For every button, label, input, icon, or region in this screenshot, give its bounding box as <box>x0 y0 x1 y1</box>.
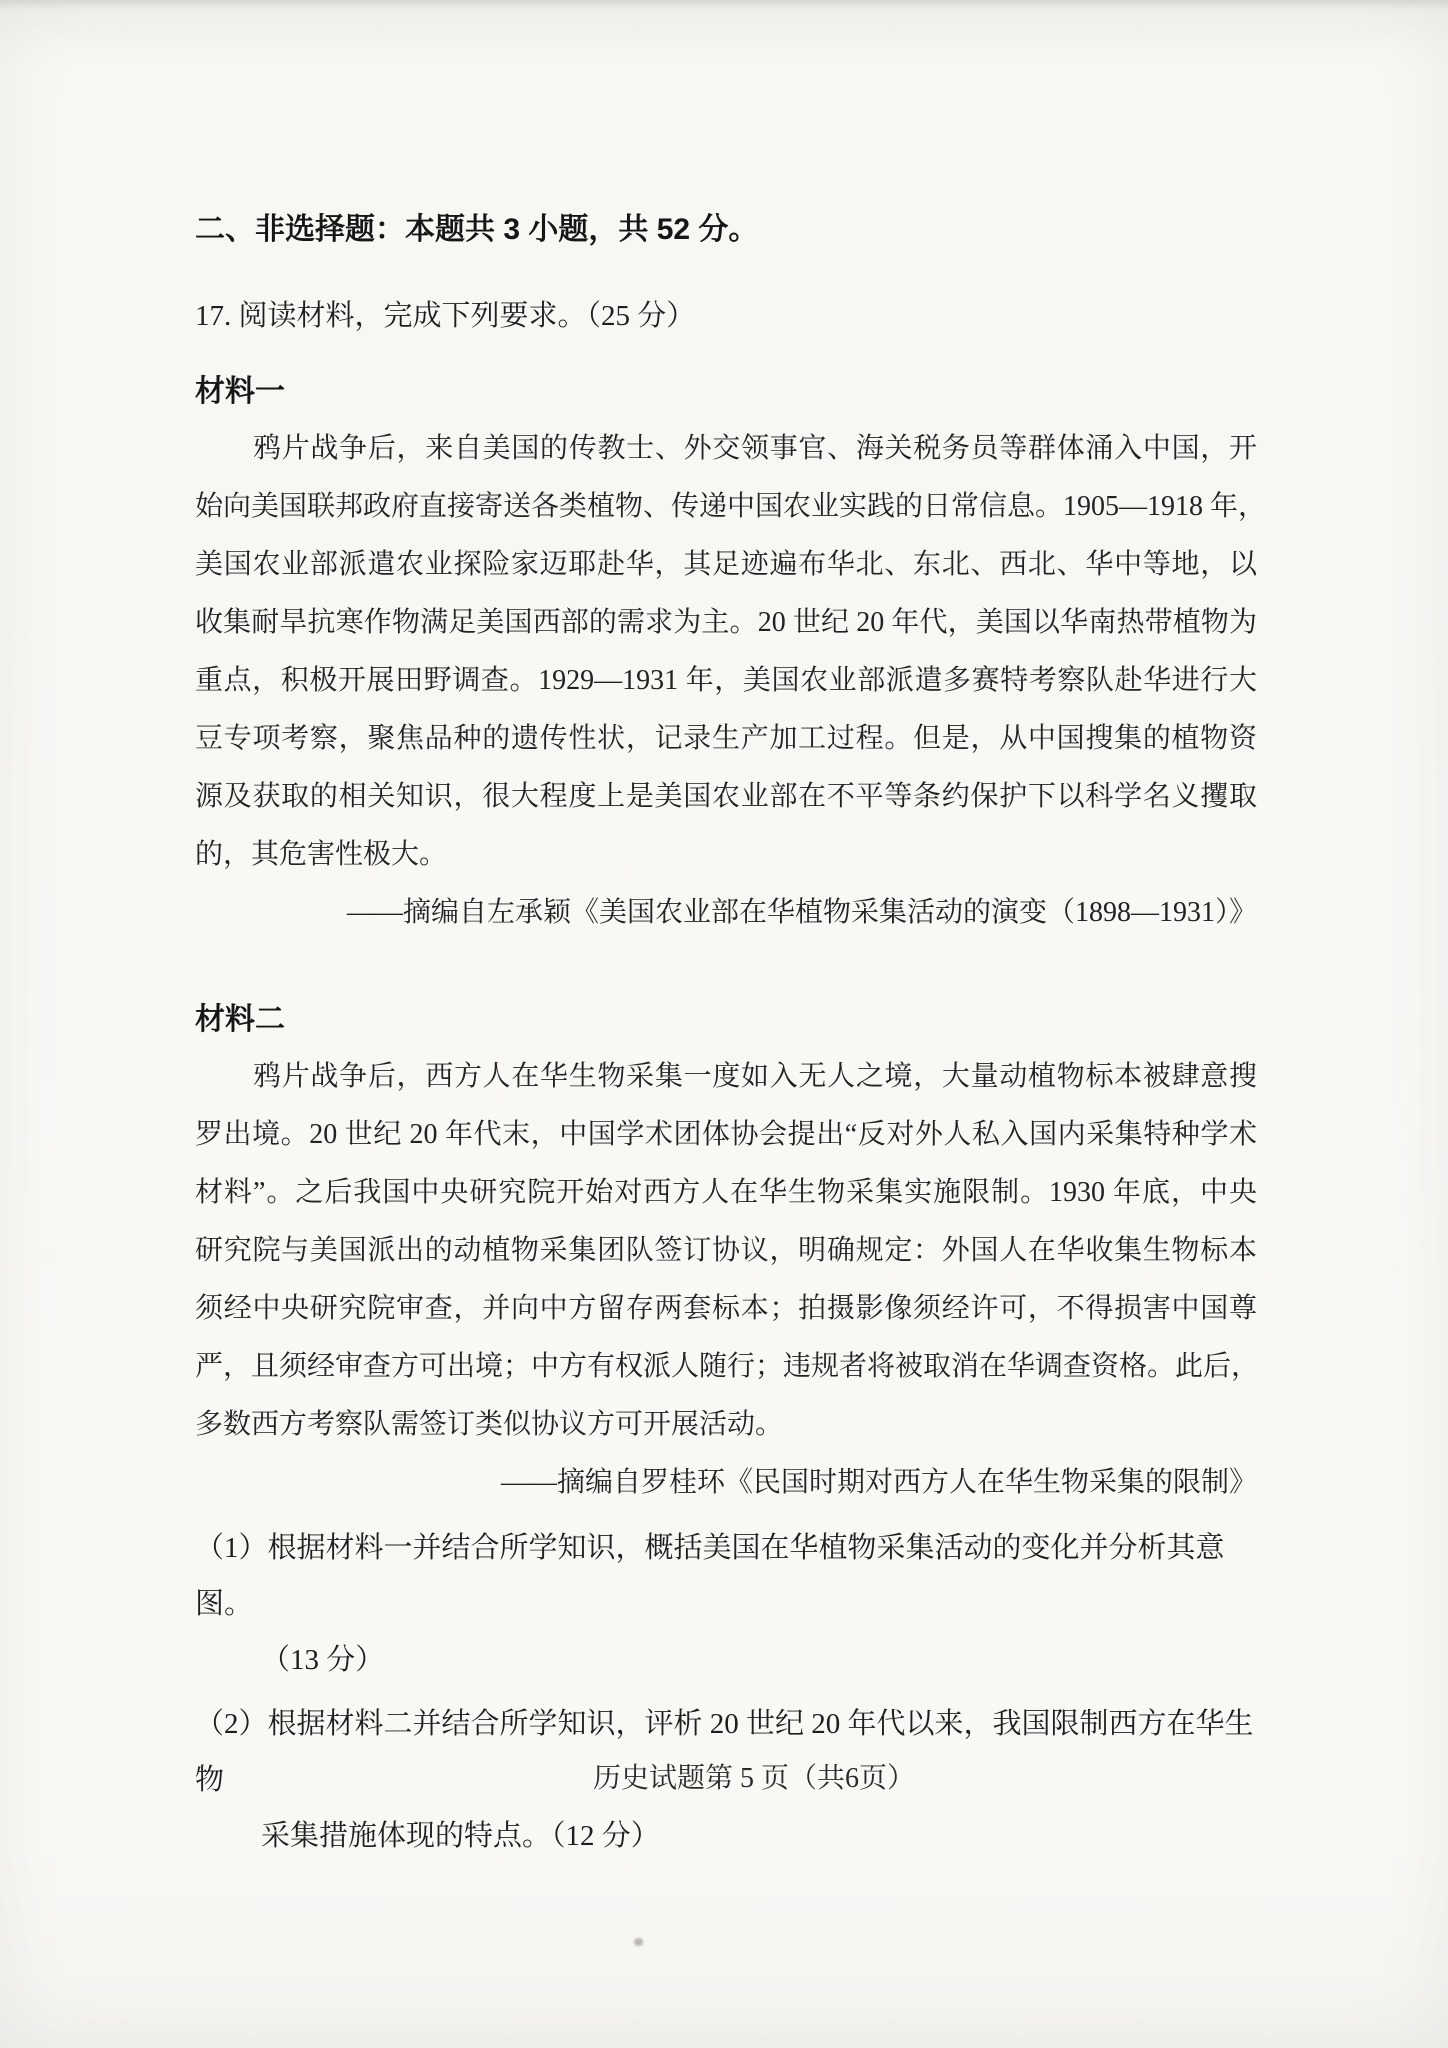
scan-dot-artifact <box>634 1938 643 1946</box>
exam-page: 二、非选择题：本题共 3 小题，共 52 分。 17. 阅读材料，完成下列要求。… <box>0 0 1448 2048</box>
material1-paragraph: 鸦片战争后，来自美国的传教士、外交领事官、海关税务员等群体涌入中国，开 始向美国… <box>195 420 1257 884</box>
paragraph-line: 鸦片战争后，来自美国的传教士、外交领事官、海关税务员等群体涌入中国，开 <box>195 420 1257 478</box>
paragraph-line: 美国农业部派遣农业探险家迈耶赴华，其足迹遍布华北、东北、西北、华中等地，以 <box>195 536 1257 594</box>
paragraph-line: 重点，积极开展田野调查。1929—1931 年，美国农业部派遣多赛特考察队赴华进… <box>195 652 1257 710</box>
paragraph-line: 收集耐旱抗寒作物满足美国西部的需求为主。20 世纪 20 年代，美国以华南热带植… <box>195 594 1257 652</box>
material1-attribution: ——摘编自左承颖《美国农业部在华植物采集活动的演变（1898—1931）》 <box>195 884 1257 942</box>
paragraph-line: 多数西方考察队需签订类似协议方可开展活动。 <box>195 1396 1257 1454</box>
paragraph-line: 豆专项考察，聚焦品种的遗传性状，记录生产加工过程。但是，从中国搜集的植物资 <box>195 710 1257 768</box>
paragraph-line: 须经中央研究院审查，并向中方留存两套标本；拍摄影像须经许可，不得损害中国尊 <box>195 1280 1257 1338</box>
material2-attribution: ——摘编自罗桂环《民国时期对西方人在华生物采集的限制》 <box>195 1454 1257 1512</box>
paragraph-line: 罗出境。20 世纪 20 年代末，中国学术团体协会提出“反对外人私入国内采集特种… <box>195 1106 1257 1164</box>
paragraph-line: 始向美国联邦政府直接寄送各类植物、传递中国农业实践的日常信息。1905—1918… <box>195 478 1257 536</box>
paragraph-line: 的，其危害性极大。 <box>195 826 1257 884</box>
paragraph-line: 鸦片战争后，西方人在华生物采集一度如入无人之境，大量动植物标本被肆意搜 <box>195 1048 1257 1106</box>
question-1: （1）根据材料一并结合所学知识，概括美国在华植物采集活动的变化并分析其意图。 （… <box>195 1520 1257 1688</box>
question-1-score: （13 分） <box>195 1632 1257 1688</box>
scan-edge-artifact <box>0 0 1448 10</box>
material1-label: 材料一 <box>195 370 1257 414</box>
paragraph-line: 严，且须经审查方可出境；中方有权派人随行；违规者将被取消在华调查资格。此后， <box>195 1338 1257 1396</box>
page-footer: 历史试题第 5 页（共6页） <box>0 1756 1448 1796</box>
paragraph-line: 源及获取的相关知识，很大程度上是美国农业部在不平等条约保护下以科学名义攫取 <box>195 768 1257 826</box>
question-17-intro: 17. 阅读材料，完成下列要求。（25 分） <box>195 294 1257 338</box>
question-2-continuation: 采集措施体现的特点。（12 分） <box>195 1808 1257 1864</box>
exam-content: 二、非选择题：本题共 3 小题，共 52 分。 17. 阅读材料，完成下列要求。… <box>195 208 1257 1864</box>
paragraph-line: 研究院与美国派出的动植物采集团队签订协议，明确规定：外国人在华收集生物标本 <box>195 1222 1257 1280</box>
section-header: 二、非选择题：本题共 3 小题，共 52 分。 <box>195 208 1257 252</box>
material2-label: 材料二 <box>195 998 1257 1042</box>
paragraph-line: 材料”。之后我国中央研究院开始对西方人在华生物采集实施限制。1930 年底，中央 <box>195 1164 1257 1222</box>
question-1-text: （1）根据材料一并结合所学知识，概括美国在华植物采集活动的变化并分析其意图。 <box>195 1520 1257 1632</box>
material2-paragraph: 鸦片战争后，西方人在华生物采集一度如入无人之境，大量动植物标本被肆意搜 罗出境。… <box>195 1048 1257 1454</box>
